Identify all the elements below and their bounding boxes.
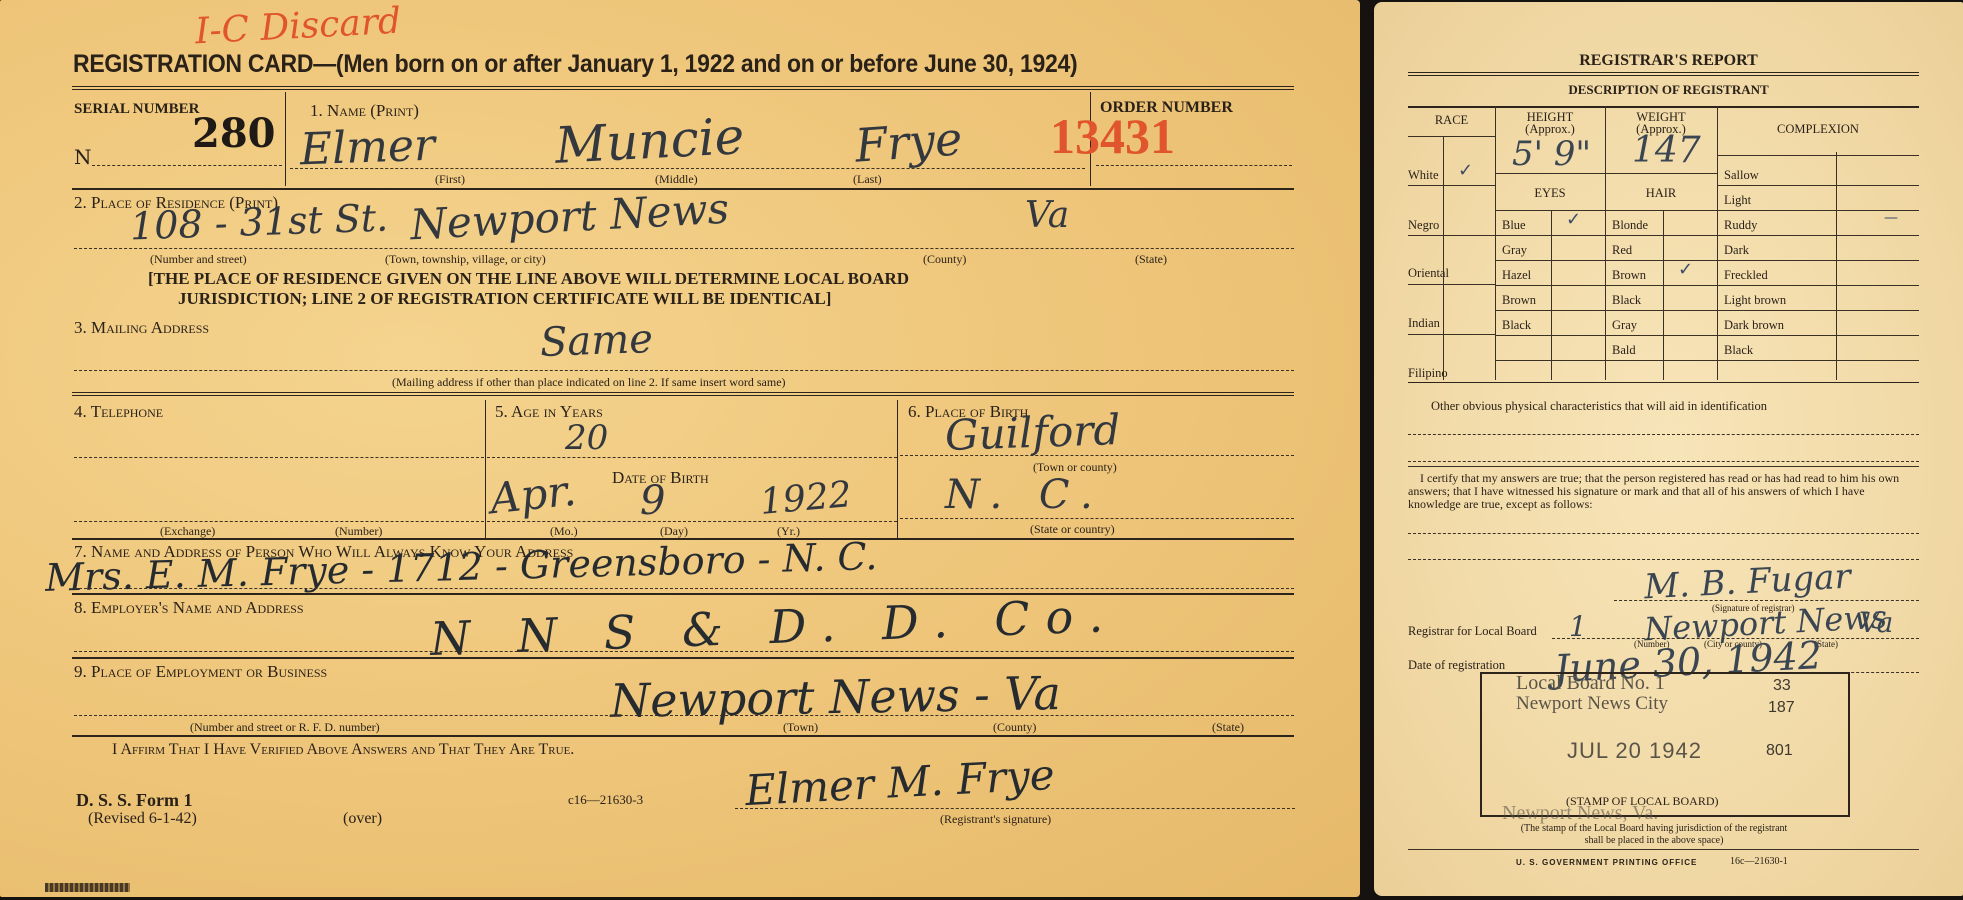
age-line xyxy=(487,457,897,458)
rule xyxy=(1495,210,1717,211)
serial-number: 280 xyxy=(192,110,276,157)
report-subtitle: DESCRIPTION OF REGISTRANT xyxy=(1374,82,1963,98)
complexion-option-dark-brown: Dark brown xyxy=(1724,318,1784,333)
printer-label: U. S. GOVERNMENT PRINTING OFFICE xyxy=(1516,858,1697,867)
registration-card-front: I-C Discard REGISTRATION CARD—(Men born … xyxy=(0,0,1360,897)
residence-caption-town: (Town, township, village, or city) xyxy=(385,252,546,267)
eyes-option-gray: Gray xyxy=(1502,243,1527,258)
dob-day-value: 9 xyxy=(640,478,665,524)
col-line xyxy=(1717,106,1718,380)
stamp-note-line1: (The stamp of the Local Board having jur… xyxy=(1374,823,1934,834)
rule xyxy=(1495,173,1717,174)
characteristics-line-1 xyxy=(1408,434,1919,435)
residence-street-value: 108 - 31st St. xyxy=(129,196,389,249)
divider xyxy=(485,400,486,538)
telephone-label: 4. Telephone xyxy=(74,402,163,422)
certify-line-1 xyxy=(1408,533,1919,534)
employment-place-value: Newport News - Va xyxy=(610,666,1062,728)
dob-caption-month: (Mo.) xyxy=(550,524,578,539)
card-title: REGISTRATION CARD—(Men born on or after … xyxy=(73,50,1077,79)
characteristics-line-2 xyxy=(1408,461,1919,462)
print-code: c16—21630-3 xyxy=(568,792,643,808)
rule xyxy=(1495,235,1919,236)
serial-line xyxy=(92,165,282,166)
residence-line xyxy=(74,248,1294,249)
residence-caption-state: (State) xyxy=(1135,252,1167,267)
over-label: (over) xyxy=(343,810,382,828)
complexion-option-sallow: Sallow xyxy=(1724,168,1759,183)
signature-caption: (Registrant's signature) xyxy=(940,812,1051,827)
rule xyxy=(1495,360,1919,361)
race-check-icon: ✓ xyxy=(1458,160,1473,181)
mailing-address-caption: (Mailing address if other than place ind… xyxy=(392,375,786,390)
residence-notice-line1: [THE PLACE OF RESIDENCE GIVEN ON THE LIN… xyxy=(148,269,909,289)
race-header: RACE xyxy=(1408,113,1495,128)
other-characteristics-label: Other obvious physical characteristics t… xyxy=(1431,399,1767,414)
col-line xyxy=(1495,106,1496,380)
rule xyxy=(1495,335,1919,336)
rule xyxy=(1408,235,1495,236)
hair-option-brown: Brown xyxy=(1612,268,1646,283)
name-last-caption: (Last) xyxy=(853,172,882,187)
mailing-address-label: 3. Mailing Address xyxy=(74,318,209,338)
eyes-option-brown: Brown xyxy=(1502,293,1536,308)
employment-caption-street: (Number and street or R. F. D. number) xyxy=(190,720,380,735)
table-bottom-rule xyxy=(1408,382,1919,383)
name-label: 1. Name (Print) xyxy=(310,101,419,121)
hair-option-blonde: Blonde xyxy=(1612,218,1648,233)
name-first-value: Elmer xyxy=(299,120,436,176)
mailing-address-value: Same xyxy=(539,316,653,366)
employer-label: 8. Employer's Name and Address xyxy=(74,598,304,618)
divider xyxy=(285,92,286,186)
rule xyxy=(1408,466,1919,467)
birthplace-line-2 xyxy=(900,518,1294,519)
divider xyxy=(897,400,898,538)
eyes-header: EYES xyxy=(1495,186,1605,201)
rule xyxy=(1717,185,1919,186)
complexion-option-freckled: Freckled xyxy=(1724,268,1768,283)
name-middle-value: Muncie xyxy=(554,107,746,175)
complexion-check-icon: — xyxy=(1884,210,1898,226)
table-top-rule xyxy=(1408,106,1919,108)
rule xyxy=(1408,136,1495,137)
birthplace-state-value: N. C. xyxy=(945,472,1105,518)
col-line xyxy=(1605,106,1606,380)
hair-option-bald: Bald xyxy=(1612,343,1636,358)
affirmation-text: I Affirm That I Have Verified Above Answ… xyxy=(112,741,574,759)
complexion-option-dark: Dark xyxy=(1724,243,1749,258)
stamp-note-line2: shall be placed in the above space) xyxy=(1374,835,1934,846)
stamp-line1-num: 33 xyxy=(1773,677,1791,695)
telephone-caption-number: (Number) xyxy=(335,524,382,539)
race-option-oriental: Oriental xyxy=(1408,266,1449,281)
hair-option-black: Black xyxy=(1612,293,1641,308)
complexion-option-ruddy: Ruddy xyxy=(1724,218,1757,233)
serial-number-label: SERIAL NUMBER xyxy=(74,101,199,118)
birthplace-line-1 xyxy=(900,455,1294,456)
rule xyxy=(1408,284,1495,285)
rule xyxy=(1495,285,1919,286)
race-option-white: White xyxy=(1408,168,1439,183)
eyes-option-black: Black xyxy=(1502,318,1531,333)
row-rule xyxy=(72,392,1294,396)
telephone-caption-exchange: (Exchange) xyxy=(160,524,215,539)
row-rule xyxy=(72,657,1294,659)
order-number: 13431 xyxy=(1050,107,1175,165)
rule xyxy=(1495,260,1919,261)
date-label: Date of registration xyxy=(1408,658,1505,673)
hair-header: HAIR xyxy=(1605,186,1717,201)
red-annotation: I-C Discard xyxy=(194,1,402,53)
employment-line xyxy=(74,715,1294,716)
rule xyxy=(1717,210,1919,211)
telephone-line-2 xyxy=(74,521,484,522)
hair-option-gray: Gray xyxy=(1612,318,1637,333)
stamp-date: JUL 20 1942 xyxy=(1567,738,1702,764)
serial-prefix: N xyxy=(74,145,92,169)
employer-value: N N S & D. D. Co. xyxy=(429,588,1120,666)
rule xyxy=(1443,185,1495,186)
mailing-line xyxy=(74,370,1294,371)
row-rule xyxy=(72,735,1294,737)
eyes-option-blue: Blue xyxy=(1502,218,1526,233)
registrar-report-back: REGISTRAR'S REPORT DESCRIPTION OF REGIST… xyxy=(1374,2,1963,896)
eyes-option-hazel: Hazel xyxy=(1502,268,1531,283)
certify-text: I certify that my answers are true; that… xyxy=(1408,472,1919,511)
col-line xyxy=(1443,136,1444,380)
rule xyxy=(1408,334,1495,335)
race-option-negro: Negro xyxy=(1408,218,1439,233)
local-board-state: Va xyxy=(1859,606,1893,639)
hair-check-icon: ✓ xyxy=(1678,259,1693,280)
dob-month-value: Apr. xyxy=(488,466,579,524)
residence-notice-line2: JURISDICTION; LINE 2 OF REGISTRATION CER… xyxy=(178,289,831,309)
stamp-line1: Local Board No. 1 xyxy=(1516,672,1665,695)
rule xyxy=(1408,185,1443,186)
hair-option-red: Red xyxy=(1612,243,1632,258)
footer-rule xyxy=(1408,849,1919,850)
employment-caption-town: (Town) xyxy=(783,720,818,735)
stamp-line2-num: 187 xyxy=(1768,699,1795,717)
col-line xyxy=(1551,211,1552,380)
employment-place-label: 9. Place of Employment or Business xyxy=(74,662,327,682)
dob-year-value: 1922 xyxy=(758,474,853,523)
residence-caption-street: (Number and street) xyxy=(150,252,247,267)
title-rule xyxy=(72,86,1294,90)
col-line xyxy=(1663,211,1664,380)
residence-caption-county: (County) xyxy=(923,252,966,267)
age-value: 20 xyxy=(565,418,608,458)
stamp-line2: Newport News City xyxy=(1516,693,1668,715)
barcode-mark xyxy=(45,883,130,892)
form-name: D. S. S. Form 1 xyxy=(76,790,193,811)
name-last-value: Frye xyxy=(853,111,964,172)
rule xyxy=(1495,310,1919,311)
complexion-option-light-brown: Light brown xyxy=(1724,293,1786,308)
employment-caption-county: (County) xyxy=(993,720,1036,735)
complexion-option-black: Black xyxy=(1724,343,1753,358)
name-line xyxy=(290,168,1085,169)
title-rule xyxy=(1408,72,1919,76)
employer-line xyxy=(74,651,1294,652)
complexion-option-light: Light xyxy=(1724,193,1751,208)
col-line xyxy=(1836,152,1837,380)
form-revised: (Revised 6-1-42) xyxy=(88,810,197,828)
dob-line xyxy=(487,521,897,522)
eyes-check-icon: ✓ xyxy=(1566,209,1581,230)
race-option-indian: Indian xyxy=(1408,316,1440,331)
birthplace-state-caption: (State or country) xyxy=(1030,522,1115,537)
weight-value: 147 xyxy=(1632,130,1701,171)
rule xyxy=(1717,155,1919,156)
local-board-label: Registrar for Local Board xyxy=(1408,624,1537,639)
race-option-filipino: Filipino xyxy=(1408,366,1448,381)
printer-code: 16c—21630-1 xyxy=(1730,856,1788,867)
residence-state-value: Va xyxy=(1025,195,1069,236)
report-title: REGISTRAR'S REPORT xyxy=(1374,52,1963,70)
order-line xyxy=(1096,165,1292,166)
birthplace-town-value: Guilford xyxy=(944,405,1121,460)
stamp-overprint: Newport News, Va. xyxy=(1502,802,1658,825)
residence-town-value: Newport News xyxy=(409,184,730,250)
registrant-signature: Elmer M. Frye xyxy=(744,750,1056,815)
complexion-header: COMPLEXION xyxy=(1717,122,1919,137)
employment-caption-state: (State) xyxy=(1212,720,1244,735)
dob-caption-day: (Day) xyxy=(660,524,688,539)
name-first-caption: (First) xyxy=(435,172,465,187)
telephone-line-1 xyxy=(74,457,484,458)
signature-line xyxy=(735,808,1295,809)
height-value: 5' 9" xyxy=(1512,134,1591,174)
stamp-date-num: 801 xyxy=(1766,742,1793,760)
